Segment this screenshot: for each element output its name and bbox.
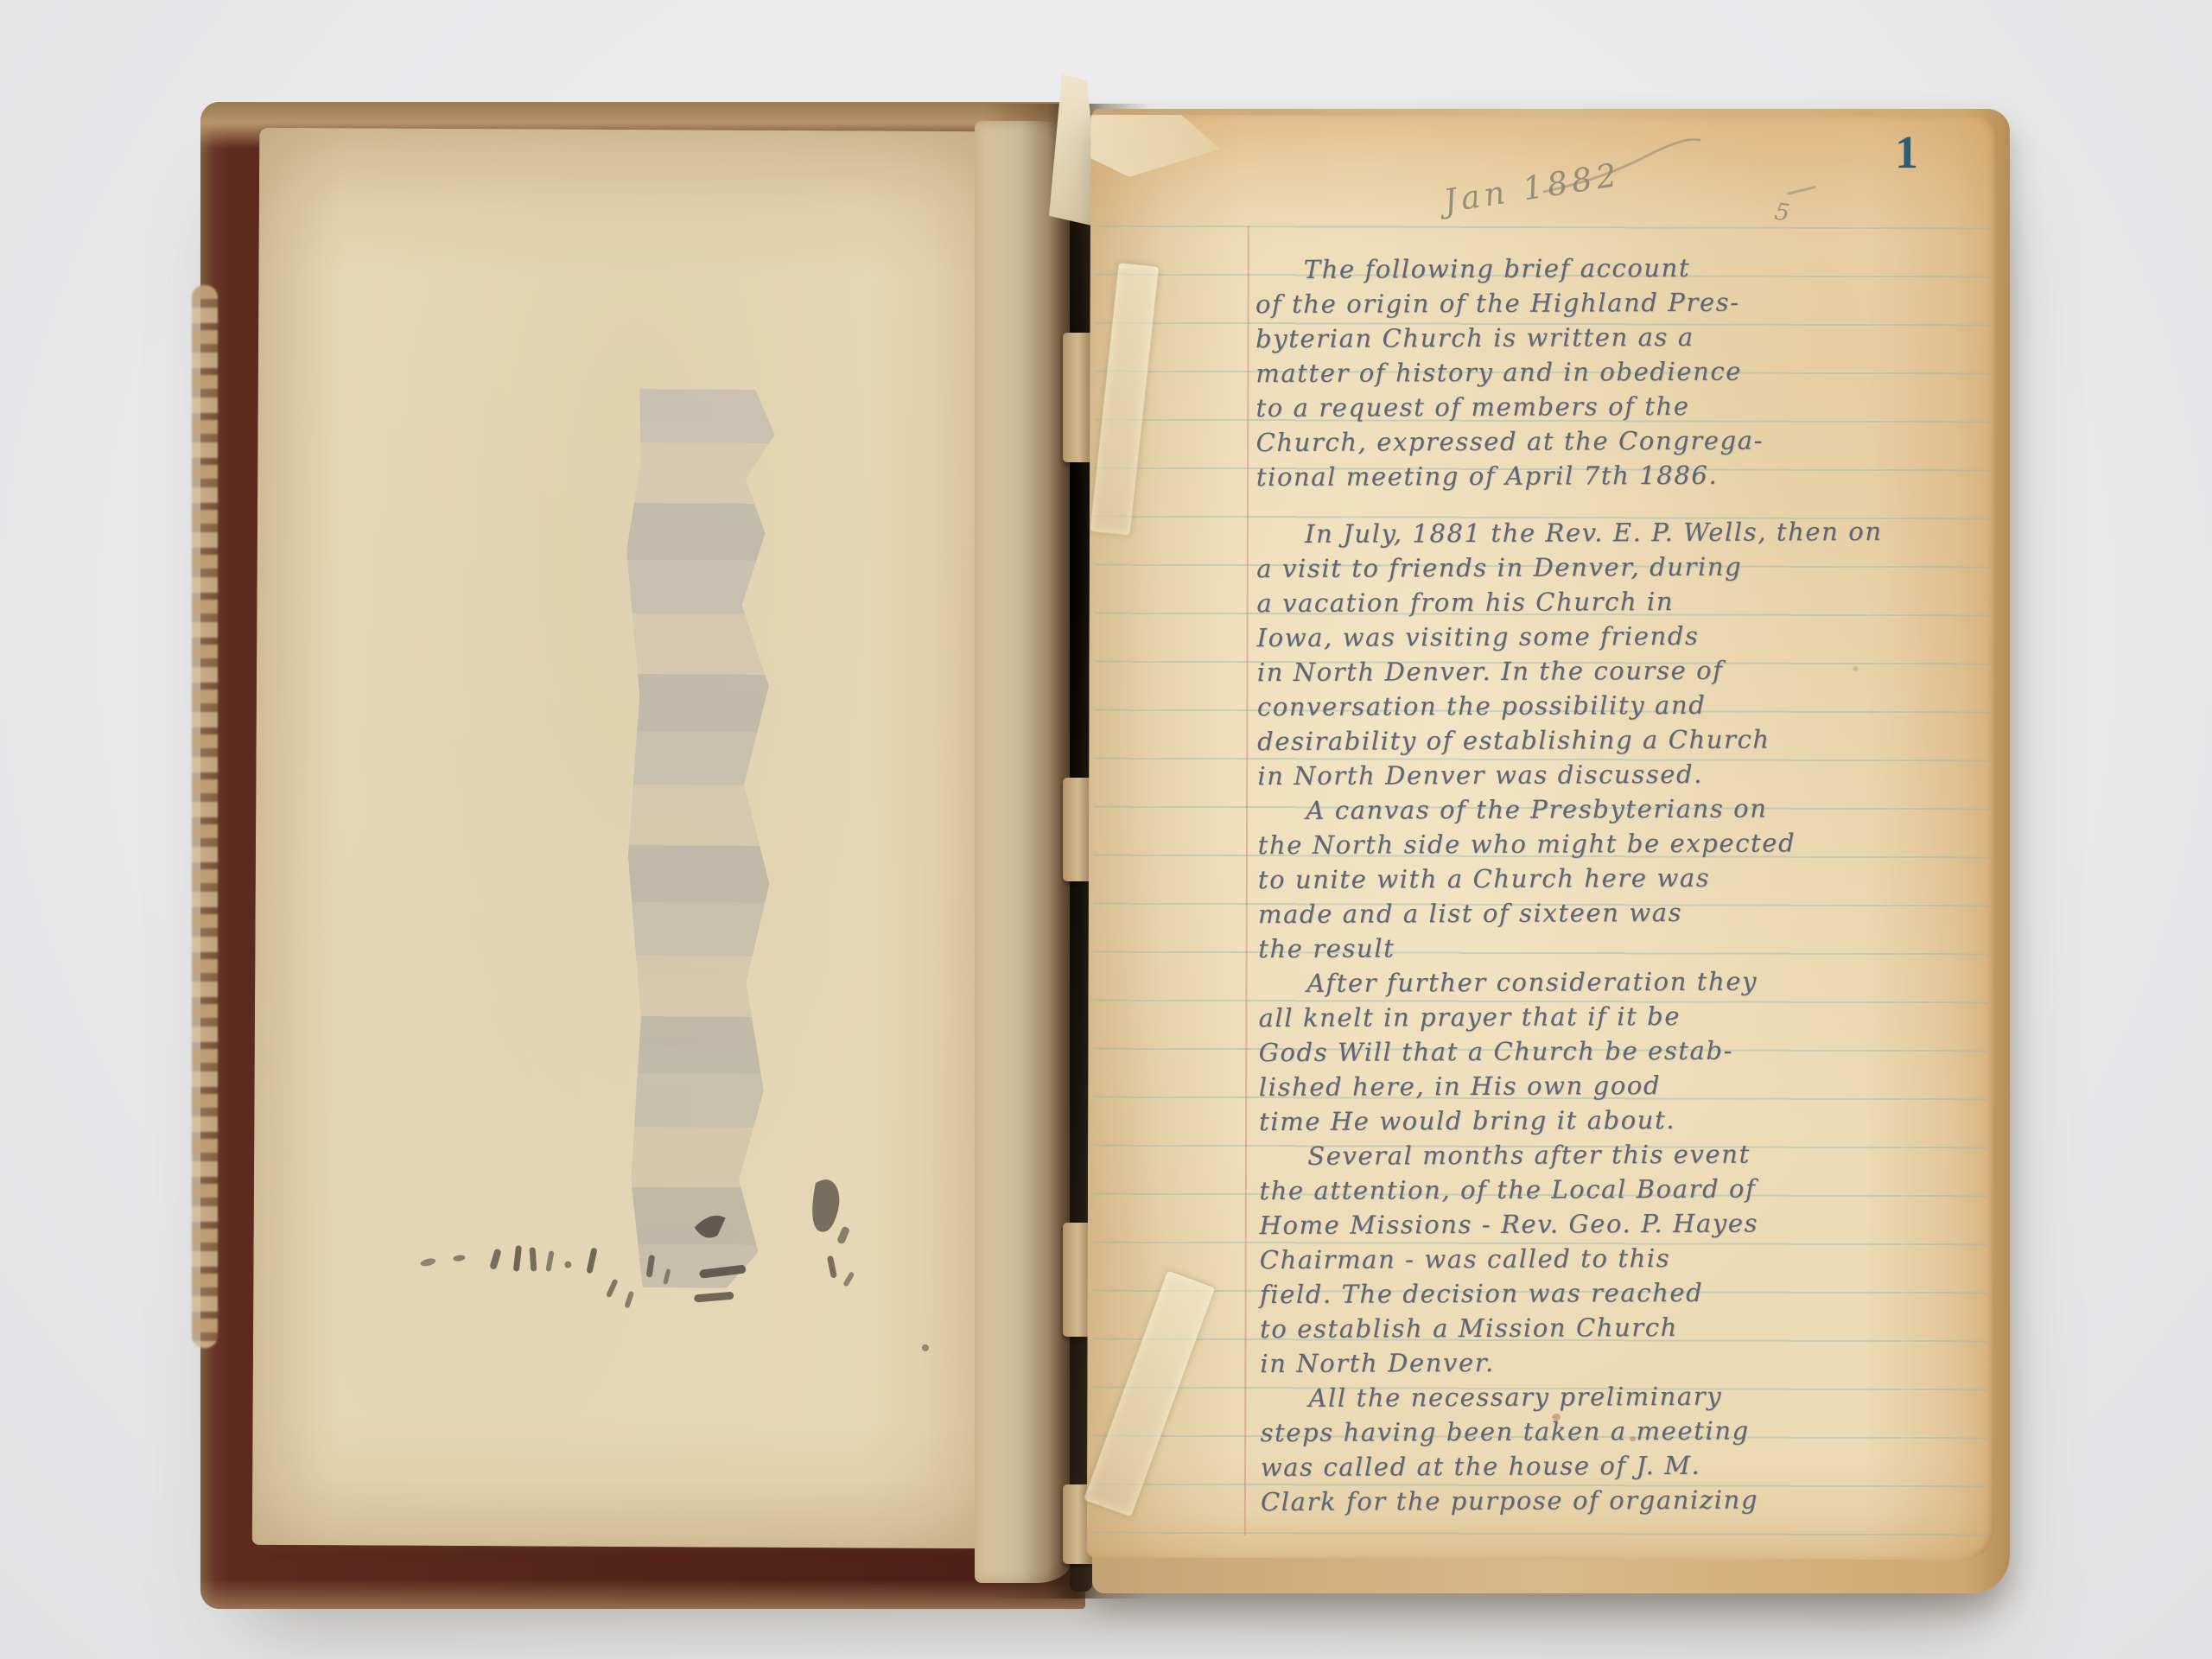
handwritten-line: tional meeting of April 7th 1886. (1256, 456, 1989, 494)
handwritten-line: the attention, of the Local Board of (1259, 1170, 1992, 1208)
handwritten-line: conversation the possibility and (1257, 686, 1990, 724)
handwritten-line: The following brief account (1255, 249, 1988, 287)
handwritten-line: time He would bring it about. (1259, 1101, 1992, 1139)
handwritten-line: to a request of members of the (1255, 387, 1988, 425)
handwritten-line: steps having been taken a meeting (1261, 1412, 1993, 1450)
handwritten-line: In July, 1881 the Rev. E. P. Wells, then… (1256, 513, 1989, 551)
handwritten-line: After further consideration they (1258, 963, 1991, 1001)
paragraph: After further consideration theyall knel… (1258, 963, 1992, 1139)
handwriting-block: The following brief accountof the origin… (1255, 249, 1993, 1519)
handwritten-line: Home Missions - Rev. Geo. P. Hayes (1259, 1205, 1992, 1243)
paragraph: The following brief accountof the origin… (1255, 249, 1989, 494)
frayed-cloth-edge (192, 285, 218, 1348)
handwritten-line: desirability of establishing a Church (1257, 721, 1990, 759)
handwritten-line: all knelt in prayer that if it be (1258, 997, 1991, 1035)
handwritten-line: A canvas of the Presbyterians on (1257, 790, 1990, 828)
handwritten-line: the North side who might be expected (1258, 824, 1991, 862)
handwritten-line: the result (1258, 928, 1991, 966)
handwritten-line: byterian Church is written as a (1255, 318, 1988, 356)
paragraph: In July, 1881 the Rev. E. P. Wells, then… (1256, 513, 1990, 793)
pencil-dash (1787, 186, 1816, 195)
photo-backdrop: Jan 1882 5 1 The following brief account… (0, 0, 2212, 1659)
paragraph: All the necessary preliminarysteps havin… (1260, 1377, 1993, 1519)
handwritten-line: field. The decision was reached (1260, 1274, 1993, 1312)
handwritten-line: of the origin of the Highland Pres- (1255, 283, 1988, 321)
handwritten-line: Chairman - was called to this (1260, 1239, 1993, 1277)
handwritten-line: a vacation from his Church in (1256, 582, 1989, 620)
handwritten-line: was called at the house of J. M. (1261, 1446, 1993, 1484)
torn-corner-paper (1090, 115, 1220, 177)
handwritten-line: Gods Will that a Church be estab- (1259, 1032, 1992, 1070)
handwritten-line: Several months after this event (1259, 1135, 1992, 1173)
stray-pencil-mark: 5 (1773, 199, 1791, 227)
ink-transfer-smudges (409, 1174, 980, 1376)
handwritten-line: to establish a Mission Church (1260, 1308, 1993, 1346)
handwritten-line: All the necessary preliminary (1260, 1377, 1993, 1415)
handwritten-line: in North Denver. In the course of (1257, 652, 1990, 690)
paragraph: Several months after this eventthe atten… (1259, 1135, 1993, 1381)
glue-residue-stain (620, 389, 776, 1288)
paragraph: A canvas of the Presbyterians onthe Nort… (1257, 790, 1991, 966)
handwritten-line: matter of history and in obedience (1255, 353, 1988, 391)
left-inside-cover-page (252, 128, 991, 1548)
handwritten-line: Clark for the purpose of organizing (1261, 1481, 1993, 1519)
pencil-flourish (1540, 138, 1713, 200)
page-number: 1 (1895, 125, 1918, 179)
handwritten-line: to unite with a Church here was (1258, 859, 1991, 897)
right-page: Jan 1882 5 1 The following brief account… (1087, 115, 1998, 1560)
handwritten-line: a visit to friends in Denver, during (1256, 548, 1989, 586)
handwritten-line: lished here, in His own good (1259, 1066, 1992, 1104)
handwritten-line: Iowa, was visiting some friends (1257, 617, 1990, 655)
handwritten-line: Church, expressed at the Congrega- (1256, 422, 1989, 460)
handwritten-line: made and a list of sixteen was (1258, 893, 1991, 931)
handwritten-line: in North Denver was discussed. (1257, 755, 1990, 793)
handwritten-line: in North Denver. (1260, 1343, 1993, 1381)
